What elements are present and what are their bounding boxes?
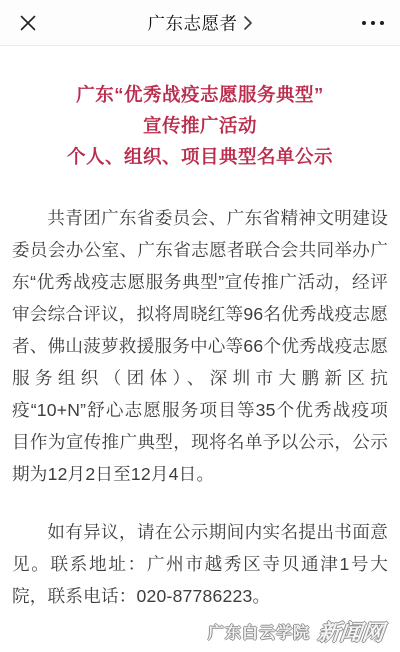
article-title-line-3: 个人、组织、项目典型名单公示: [12, 141, 388, 172]
watermark-news-network: 新闻网: [316, 616, 385, 647]
article-content: 广东“优秀战疫志愿服务典型” 宣传推广活动 个人、组织、项目典型名单公示 共青团…: [0, 79, 400, 647]
close-icon[interactable]: [16, 11, 40, 35]
article-title: 广东“优秀战疫志愿服务典型” 宣传推广活动 个人、组织、项目典型名单公示: [12, 79, 388, 172]
account-title-link[interactable]: 广东志愿者: [148, 10, 253, 35]
article-title-line-1: 广东“优秀战疫志愿服务典型”: [12, 79, 388, 110]
titlebar: 广东志愿者: [0, 0, 400, 46]
dot: [371, 21, 375, 25]
dot: [380, 21, 384, 25]
wechat-article-page: 广东志愿者 广东“优秀战疫志愿服务典型” 宣传推广活动 个人、组织、项目典型名单…: [0, 0, 400, 647]
more-options-icon[interactable]: [362, 11, 384, 35]
paragraph-contact: 如有异议，请在公示期间内实名提出书面意见。联系地址：广州市越秀区寺贝通津1号大院…: [12, 516, 388, 612]
article-title-line-2: 宣传推广活动: [12, 110, 388, 141]
watermark-logo: 广东白云学院 新闻网: [12, 616, 388, 647]
account-title: 广东志愿者: [148, 10, 238, 35]
watermark-university-name: 广东白云学院: [208, 620, 310, 643]
chevron-right-icon: [244, 15, 253, 30]
dot: [362, 21, 366, 25]
paragraph-announcement: 共青团广东省委员会、广东省精神文明建设委员会办公室、广东省志愿者联合会共同举办广…: [12, 202, 388, 490]
